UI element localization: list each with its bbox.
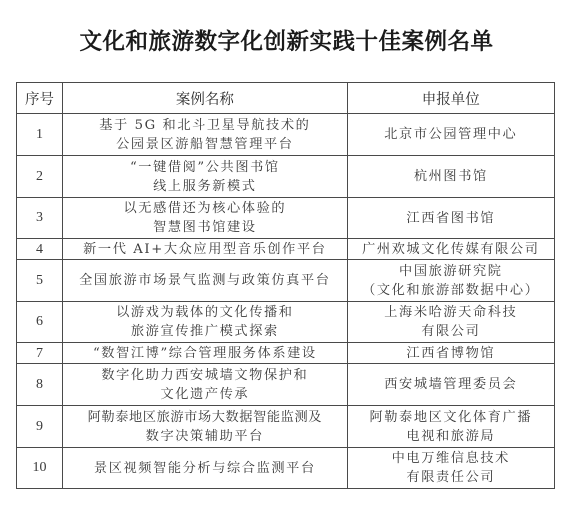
- row-no: 5: [17, 260, 63, 302]
- case-name-line: 基于 5G 和北斗卫星导航技术的: [63, 116, 347, 135]
- table-row: 1 基于 5G 和北斗卫星导航技术的 公园景区游船智慧管理平台 北京市公园管理中…: [17, 114, 555, 156]
- row-case-name: 以无感借还为核心体验的 智慧图书馆建设: [63, 198, 348, 239]
- table-row: 7 “数智江博”综合管理服务体系建设 江西省博物馆: [17, 343, 555, 364]
- table-row: 4 新一代 AI+大众应用型音乐创作平台 广州欢城文化传媒有限公司: [17, 239, 555, 260]
- unit-line: 杭州图书馆: [348, 167, 554, 186]
- row-case-name: 新一代 AI+大众应用型音乐创作平台: [63, 239, 348, 260]
- header-no: 序号: [17, 83, 63, 114]
- case-name-line: 全国旅游市场景气监测与政策仿真平台: [63, 271, 347, 290]
- unit-line: 阿勒泰地区文化体育广播: [348, 408, 554, 427]
- case-name-line: 以游戏为载体的文化传播和: [63, 303, 347, 322]
- case-name-line: 旅游宣传推广模式探索: [63, 322, 347, 341]
- row-unit: 江西省图书馆: [347, 198, 554, 239]
- row-unit: 中电万维信息技术 有限责任公司: [347, 448, 554, 489]
- row-no: 8: [17, 364, 63, 406]
- table-row: 2 “一键借阅”公共图书馆 线上服务新模式 杭州图书馆: [17, 156, 555, 198]
- case-name-line: 公园景区游船智慧管理平台: [63, 135, 347, 154]
- table-row: 9 阿勒泰地区旅游市场大数据智能监测及 数字决策辅助平台 阿勒泰地区文化体育广播…: [17, 406, 555, 448]
- header-unit: 申报单位: [347, 83, 554, 114]
- case-name-line: “一键借阅”公共图书馆: [63, 158, 347, 177]
- unit-line: 有限责任公司: [348, 468, 554, 487]
- row-case-name: 数字化助力西安城墙文物保护和 文化遗产传承: [63, 364, 348, 406]
- row-case-name: “一键借阅”公共图书馆 线上服务新模式: [63, 156, 348, 198]
- case-name-line: 以无感借还为核心体验的: [63, 199, 347, 218]
- row-unit: 中国旅游研究院 （文化和旅游部数据中心）: [347, 260, 554, 302]
- unit-line: 西安城墙管理委员会: [348, 375, 554, 394]
- row-unit: 江西省博物馆: [347, 343, 554, 364]
- unit-line: 中国旅游研究院: [348, 262, 554, 281]
- table-row: 5 全国旅游市场景气监测与政策仿真平台 中国旅游研究院 （文化和旅游部数据中心）: [17, 260, 555, 302]
- row-case-name: 阿勒泰地区旅游市场大数据智能监测及 数字决策辅助平台: [63, 406, 348, 448]
- row-case-name: 以游戏为载体的文化传播和 旅游宣传推广模式探索: [63, 302, 348, 343]
- row-no: 6: [17, 302, 63, 343]
- header-name: 案例名称: [63, 83, 348, 114]
- case-name-line: 数字决策辅助平台: [63, 427, 347, 446]
- unit-line: 中电万维信息技术: [348, 449, 554, 468]
- row-unit: 上海米哈游天命科技 有限公司: [347, 302, 554, 343]
- table-header-row: 序号 案例名称 申报单位: [17, 83, 555, 114]
- unit-line: 上海米哈游天命科技: [348, 303, 554, 322]
- unit-line: 电视和旅游局: [348, 427, 554, 446]
- row-no: 1: [17, 114, 63, 156]
- row-case-name: 全国旅游市场景气监测与政策仿真平台: [63, 260, 348, 302]
- case-name-line: 文化遗产传承: [63, 385, 347, 404]
- unit-line: （文化和旅游部数据中心）: [348, 281, 554, 300]
- row-unit: 杭州图书馆: [347, 156, 554, 198]
- table-row: 6 以游戏为载体的文化传播和 旅游宣传推广模式探索 上海米哈游天命科技 有限公司: [17, 302, 555, 343]
- cases-table: 序号 案例名称 申报单位 1 基于 5G 和北斗卫星导航技术的 公园景区游船智慧…: [16, 82, 555, 489]
- row-no: 4: [17, 239, 63, 260]
- row-no: 9: [17, 406, 63, 448]
- row-case-name: 基于 5G 和北斗卫星导航技术的 公园景区游船智慧管理平台: [63, 114, 348, 156]
- case-name-line: 线上服务新模式: [63, 177, 347, 196]
- case-name-line: 新一代 AI+大众应用型音乐创作平台: [63, 240, 347, 259]
- row-unit: 广州欢城文化传媒有限公司: [347, 239, 554, 260]
- case-name-line: 智慧图书馆建设: [63, 218, 347, 237]
- row-unit: 北京市公园管理中心: [347, 114, 554, 156]
- document-title: 文化和旅游数字化创新实践十佳案例名单: [0, 24, 573, 56]
- case-name-line: 数字化助力西安城墙文物保护和: [63, 366, 347, 385]
- unit-line: 广州欢城文化传媒有限公司: [348, 240, 554, 259]
- row-unit: 阿勒泰地区文化体育广播 电视和旅游局: [347, 406, 554, 448]
- case-name-line: 阿勒泰地区旅游市场大数据智能监测及: [63, 408, 347, 427]
- row-unit: 西安城墙管理委员会: [347, 364, 554, 406]
- unit-line: 江西省图书馆: [348, 209, 554, 228]
- case-name-line: “数智江博”综合管理服务体系建设: [63, 344, 347, 363]
- table-row: 10 景区视频智能分析与综合监测平台 中电万维信息技术 有限责任公司: [17, 448, 555, 489]
- row-no: 10: [17, 448, 63, 489]
- unit-line: 江西省博物馆: [348, 344, 554, 363]
- row-no: 3: [17, 198, 63, 239]
- row-no: 7: [17, 343, 63, 364]
- unit-line: 有限公司: [348, 322, 554, 341]
- unit-line: 北京市公园管理中心: [348, 125, 554, 144]
- table-row: 8 数字化助力西安城墙文物保护和 文化遗产传承 西安城墙管理委员会: [17, 364, 555, 406]
- table-row: 3 以无感借还为核心体验的 智慧图书馆建设 江西省图书馆: [17, 198, 555, 239]
- row-case-name: “数智江博”综合管理服务体系建设: [63, 343, 348, 364]
- row-no: 2: [17, 156, 63, 198]
- row-case-name: 景区视频智能分析与综合监测平台: [63, 448, 348, 489]
- case-name-line: 景区视频智能分析与综合监测平台: [63, 459, 347, 478]
